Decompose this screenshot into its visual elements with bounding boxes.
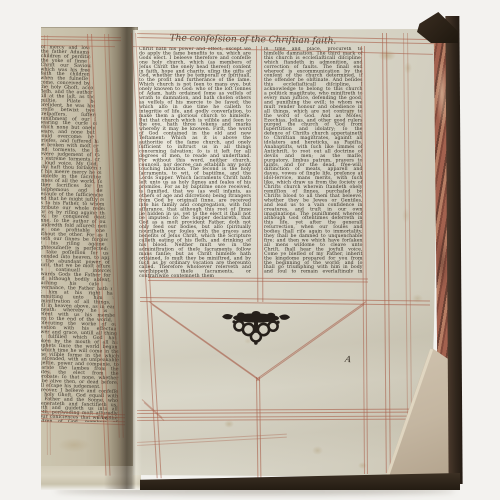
gutter-shadow	[104, 27, 142, 489]
recto-left-column-text: Chriſt hath his power and effect, except…	[139, 47, 251, 279]
grotesque-woodcut-tailpiece-icon	[221, 310, 291, 346]
leather-cover-edge	[445, 16, 462, 484]
recto-left-column: Chriſt hath his power and effect, except…	[139, 47, 252, 279]
recto-right-column-text: in time and place, procureth to himſelfe…	[264, 47, 363, 273]
recto-right-column: in time and place, procureth to himſelfe…	[264, 47, 363, 273]
antique-book-photograph: The confeſsion of the Chriſtian faith. o…	[0, 0, 500, 500]
